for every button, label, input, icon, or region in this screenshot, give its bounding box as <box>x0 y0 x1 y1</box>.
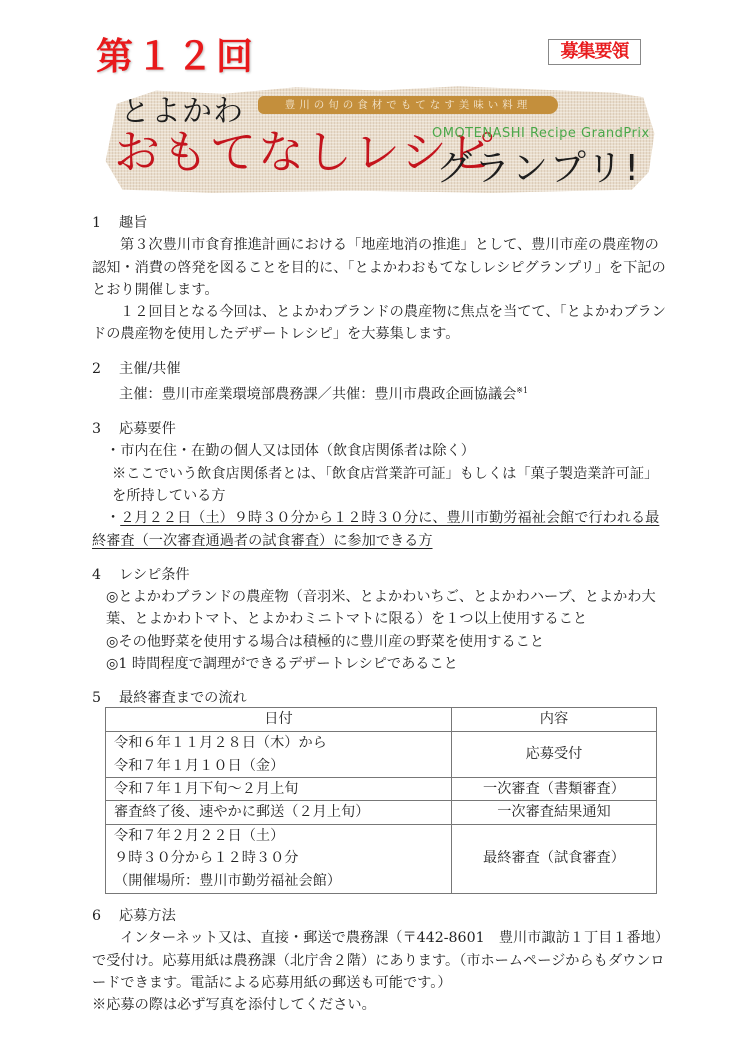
date-line: 令和６年１１月２８日（木）から <box>114 732 443 754</box>
content-cell: 一次審査（書類審査） <box>452 778 657 801</box>
requirement-2-text: ２月２２日（土）９時３０分から１２時３０分に、豊川市勤労福祉会館で行われる最終審… <box>92 510 659 548</box>
requirement-2: ・２月２２日（土）９時３０分から１２時３０分に、豊川市勤労福祉会館で行われる最終… <box>92 507 672 552</box>
date-cell: 令和７年１月下旬～２月上旬 <box>106 778 452 801</box>
section-1-paragraph-2: １２回目となる今回は、とよかわブランドの農産物に焦点を当てて、「とよかわブランド… <box>92 301 672 346</box>
section-title: 応募要件 <box>119 418 176 440</box>
section-1-heading: 1 趣旨 <box>92 212 672 234</box>
footnote-mark: ※1 <box>516 386 528 395</box>
banner-tagline: 豊川の旬の食材でもてなす美味い料理 <box>258 96 558 114</box>
section-number: 3 <box>92 418 119 440</box>
table-row: 令和７年１月下旬～２月上旬 一次審査（書類審査） <box>106 778 657 801</box>
section-3-heading: 3 応募要件 <box>92 418 672 440</box>
section-2-heading: 2 主催/共催 <box>92 358 672 380</box>
column-header-date: 日付 <box>106 708 452 732</box>
table-row: 令和６年１１月２８日（木）から 令和７年１月１０日（金） 応募受付 <box>106 732 657 778</box>
date-line: ９時３０分から１２時３０分 <box>114 847 443 869</box>
section-title: 応募方法 <box>119 905 176 927</box>
date-cell: 令和７年２月２２日（土） ９時３０分から１２時３０分 （開催場所：豊川市勤労福祉… <box>106 824 452 893</box>
section-number: 6 <box>92 905 119 927</box>
requirement-note: ※ここでいう飲食店関係者とは、「飲食店営業許可証」もしくは「菓子製造業許可証」を… <box>92 463 672 508</box>
section-title: レシピ条件 <box>119 564 190 586</box>
section-title: 趣旨 <box>119 212 147 234</box>
section-6-heading: 6 応募方法 <box>92 905 672 927</box>
section-4-heading: 4 レシピ条件 <box>92 564 672 586</box>
date-line: 令和７年１月下旬～２月上旬 <box>114 778 443 800</box>
document-body: 1 趣旨 第３次豊川市食育推進計画における「地産地消の推進」として、豊川市産の農… <box>92 212 672 710</box>
section-title: 主催/共催 <box>119 358 181 380</box>
date-line: 令和７年２月２２日（土） <box>114 825 443 847</box>
content-cell: 応募受付 <box>452 732 657 778</box>
date-line: 令和７年１月１０日（金） <box>114 755 443 777</box>
organizer-line: 主催：豊川市産業環境部農務課／共催：豊川市農政企画協議会※1 <box>92 380 672 406</box>
section-number: 2 <box>92 358 119 380</box>
section-6: 6 応募方法 インターネット又は、直接・郵送で農務課（〒442-8601 豊川市… <box>92 905 672 1016</box>
bullet: ・ <box>106 510 120 526</box>
table-row: 審査終了後、速やかに郵送（２月上旬） 一次審査結果通知 <box>106 801 657 824</box>
table-row: 令和７年２月２２日（土） ９時３０分から１２時３０分 （開催場所：豊川市勤労福祉… <box>106 824 657 893</box>
application-method-paragraph: インターネット又は、直接・郵送で農務課（〒442-8601 豊川市諏訪１丁目１番… <box>92 927 672 994</box>
recipe-condition-1: ◎とよかわブランドの農産物（音羽米、とよかわいちご、とよかわハーブ、とよかわ大葉… <box>92 586 672 631</box>
table-header-row: 日付 内容 <box>106 708 657 732</box>
banner-english-title: OMOTENASHI Recipe GrandPrix <box>432 126 650 141</box>
date-cell: 審査終了後、速やかに郵送（２月上旬） <box>106 801 452 824</box>
banner-grand-prix: グランプリ! <box>436 140 641 191</box>
requirement-1: ・市内在住・在勤の個人又は団体（飲食店関係者は除く） <box>92 440 672 462</box>
section-1-paragraph-1: 第３次豊川市食育推進計画における「地産地消の推進」として、豊川市産の農産物の認知… <box>92 234 672 301</box>
schedule-table: 日付 内容 令和６年１１月２８日（木）から 令和７年１月１０日（金） 応募受付 … <box>105 707 657 894</box>
section-number: 1 <box>92 212 119 234</box>
organizer-text: 主催：豊川市産業環境部農務課／共催：豊川市農政企画協議会 <box>119 387 516 403</box>
date-line: （開催場所：豊川市勤労福祉会館） <box>114 870 443 892</box>
recruitment-guidelines-badge: 募集要領 <box>548 39 641 65</box>
edition-title: 第１２回 <box>96 26 256 80</box>
content-cell: 最終審査（試食審査） <box>452 824 657 893</box>
photo-note: ※応募の際は必ず写真を添付してください。 <box>92 994 672 1016</box>
recipe-condition-3: ◎1 時間程度で調理ができるデザートレシピであること <box>92 653 672 675</box>
column-header-content: 内容 <box>452 708 657 732</box>
section-number: 4 <box>92 564 119 586</box>
content-cell: 一次審査結果通知 <box>452 801 657 824</box>
date-cell: 令和６年１１月２８日（木）から 令和７年１月１０日（金） <box>106 732 452 778</box>
date-line: 審査終了後、速やかに郵送（２月上旬） <box>114 801 443 823</box>
recipe-condition-2: ◎その他野菜を使用する場合は積極的に豊川産の野菜を使用すること <box>92 631 672 653</box>
event-banner: とよかわ 豊川の旬の食材でもてなす美味い料理 おもてなしレシピ OMOTENAS… <box>100 84 660 194</box>
